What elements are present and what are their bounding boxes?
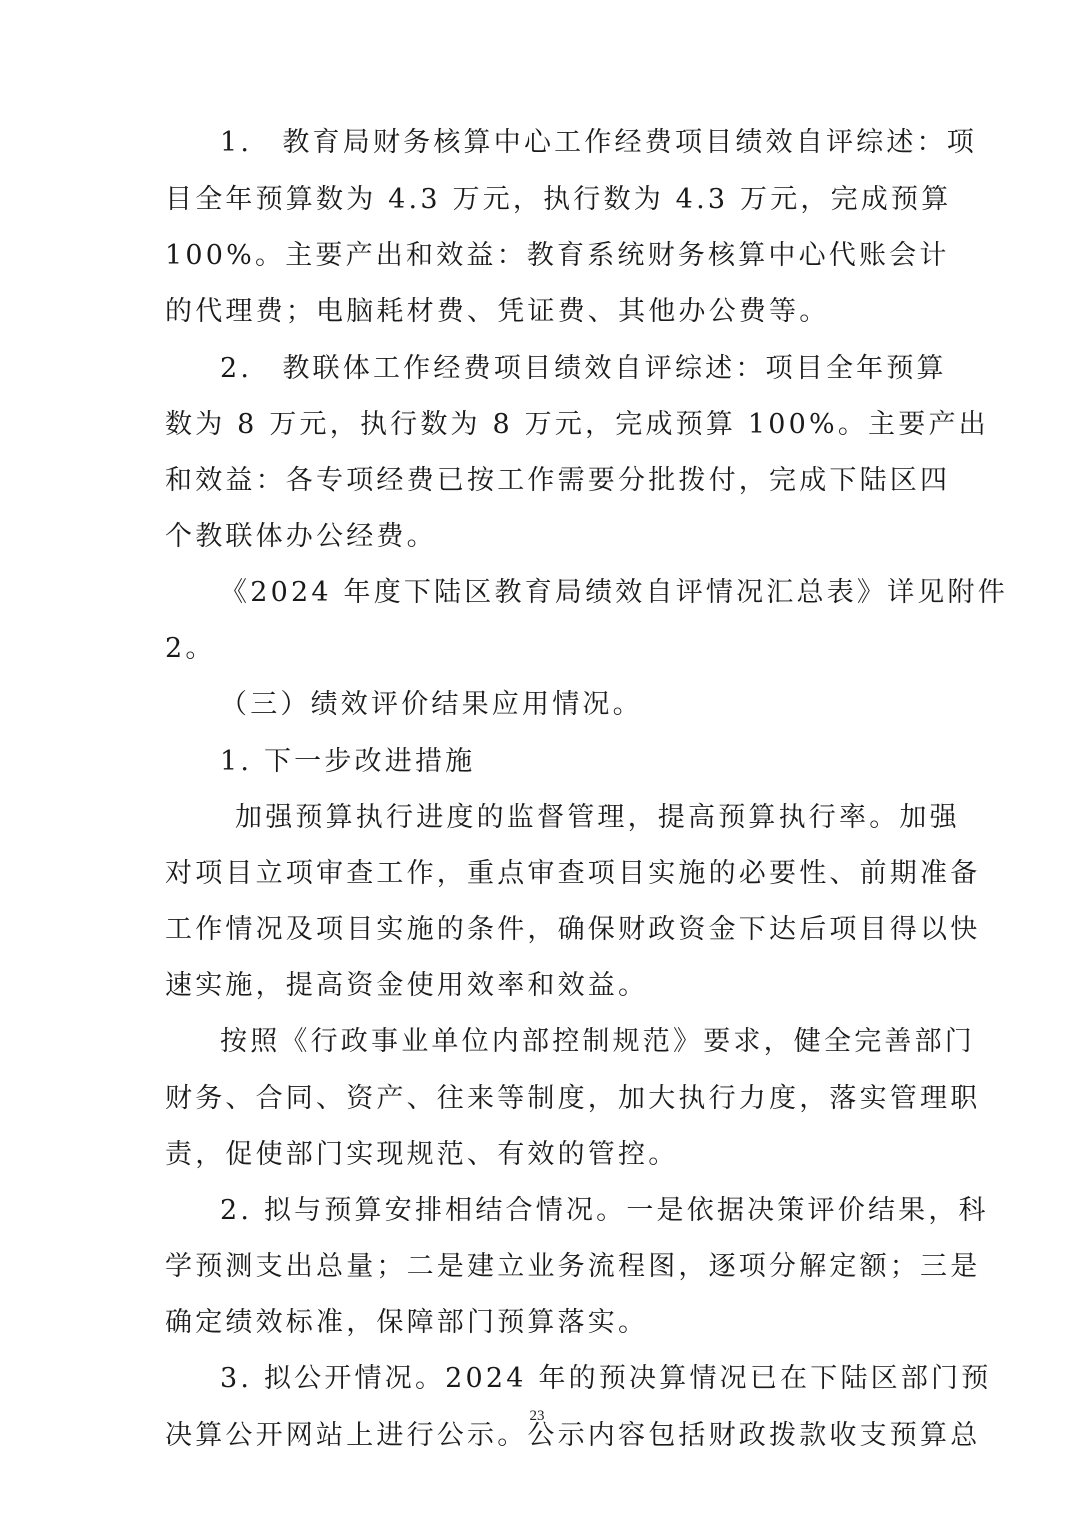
text-line: 速实施，提高资金使用效率和效益。 bbox=[165, 969, 910, 1003]
text-line: 学预测支出总量；二是建立业务流程图，逐项分解定额；三是 bbox=[165, 1250, 910, 1284]
text-line: （三）绩效评价结果应用情况。 bbox=[220, 688, 910, 722]
text-line: 1. 教育局财务核算中心工作经费项目绩效自评综述：项 bbox=[220, 126, 910, 160]
text-line: 财务、合同、资产、往来等制度，加大执行力度，落实管理职 bbox=[165, 1082, 910, 1116]
page-number: 23 bbox=[0, 1408, 1074, 1425]
text-line: 对项目立项审查工作，重点审查项目实施的必要性、前期准备 bbox=[165, 857, 910, 891]
text-line: 工作情况及项目实施的条件，确保财政资金下达后项目得以快 bbox=[165, 913, 910, 947]
text-line: 目全年预算数为 4.3 万元，执行数为 4.3 万元，完成预算 bbox=[165, 183, 910, 217]
text-line: 个教联体办公经费。 bbox=[165, 520, 910, 554]
text-line: 数为 8 万元，执行数为 8 万元，完成预算 100%。主要产出 bbox=[165, 408, 910, 442]
text-line: 3. 拟公开情况。2024 年的预决算情况已在下陆区部门预 bbox=[220, 1362, 910, 1396]
text-line: 责，促使部门实现规范、有效的管控。 bbox=[165, 1138, 910, 1172]
text-line: 2. 拟与预算安排相结合情况。一是依据决策评价结果，科 bbox=[220, 1194, 910, 1228]
text-line: 100%。主要产出和效益：教育系统财务核算中心代账会计 bbox=[165, 239, 910, 273]
text-line: 和效益：各专项经费已按工作需要分批拨付，完成下陆区四 bbox=[165, 464, 910, 498]
text-line: 按照《行政事业单位内部控制规范》要求，健全完善部门 bbox=[220, 1025, 910, 1059]
text-line: 1. 下一步改进措施 bbox=[220, 745, 910, 779]
text-line: 加强预算执行进度的监督管理，提高预算执行率。加强 bbox=[235, 801, 910, 835]
text-line: 《2024 年度下陆区教育局绩效自评情况汇总表》详见附件 bbox=[220, 576, 910, 610]
text-line: 确定绩效标准，保障部门预算落实。 bbox=[165, 1306, 910, 1340]
text-line: 的代理费；电脑耗材费、凭证费、其他办公费等。 bbox=[165, 295, 910, 329]
text-line: 2。 bbox=[165, 632, 910, 666]
document-page: 1. 教育局财务核算中心工作经费项目绩效自评综述：项目全年预算数为 4.3 万元… bbox=[0, 0, 1074, 1520]
text-line: 2. 教联体工作经费项目绩效自评综述：项目全年预算 bbox=[220, 352, 910, 386]
